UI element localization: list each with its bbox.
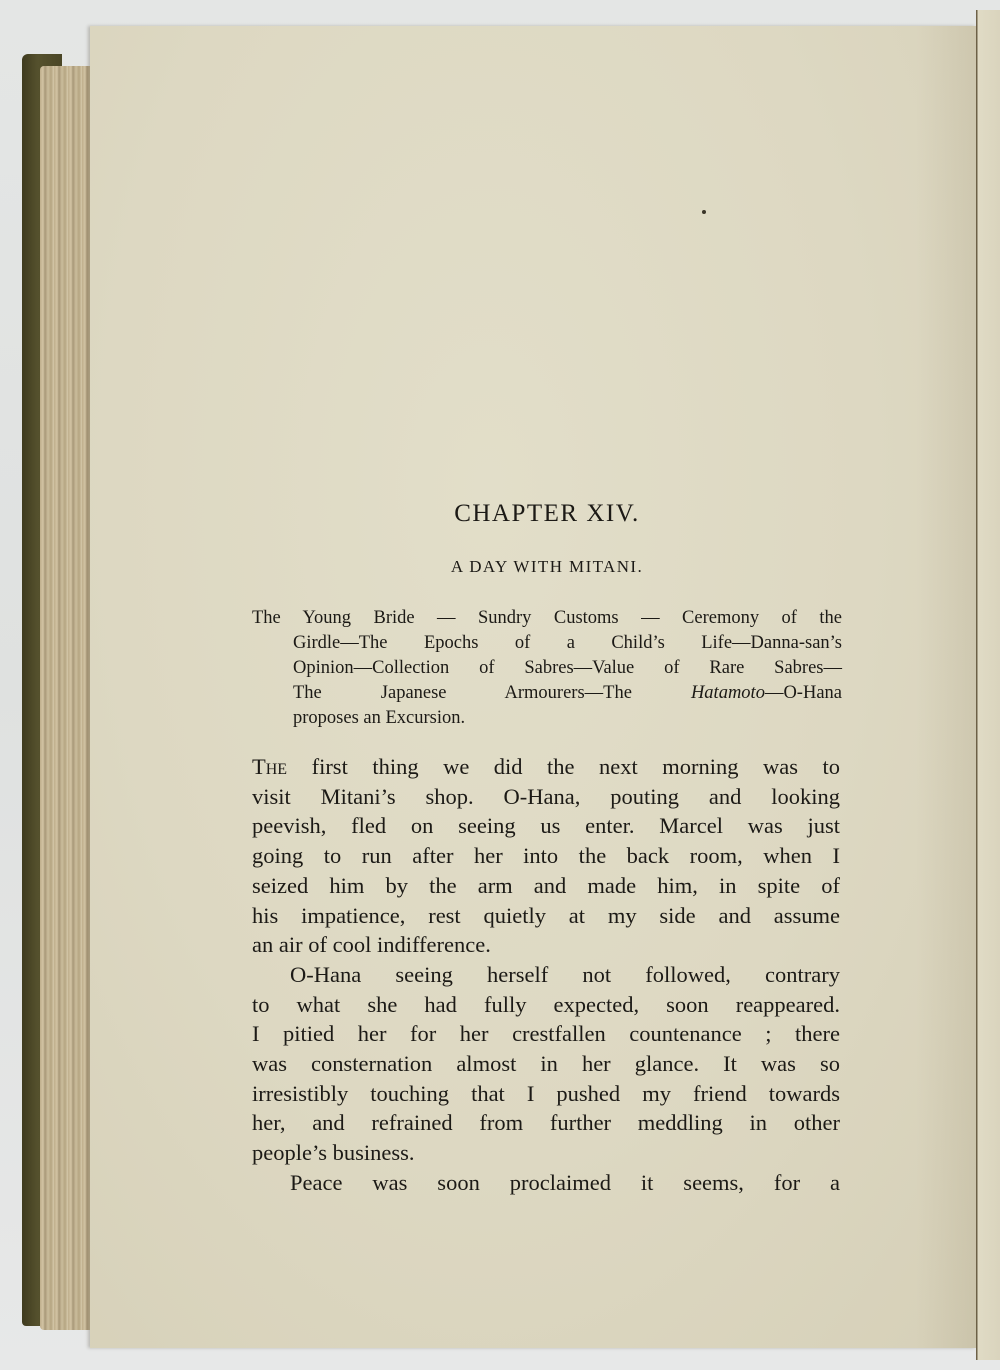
page-edges	[40, 66, 96, 1330]
chapter-subtitle: A DAY WITH MITANI.	[0, 557, 1000, 577]
summary-text: —O-Hana	[765, 683, 842, 703]
body-line: I pitied her for her crestfallen counten…	[252, 1019, 840, 1049]
body-line: visit Mitani’s shop. O-Hana, pouting and…	[252, 782, 840, 812]
body-line: The first thing we did the next morning …	[252, 752, 840, 782]
body-line: people’s business.	[252, 1138, 840, 1168]
body-line: her, and refrained from further meddling…	[252, 1108, 840, 1138]
body-line: going to run after her into the back roo…	[252, 841, 840, 871]
body-line: his impatience, rest quietly at my side …	[252, 901, 840, 931]
body-text: The first thing we did the next morning …	[252, 752, 840, 1198]
summary-line: The Young Bride — Sundry Customs — Cerem…	[252, 606, 842, 631]
gutter-shadow	[916, 26, 976, 1348]
italic-term: Hatamoto	[691, 683, 765, 703]
body-line: to what she had fully expected, soon rea…	[252, 990, 840, 1020]
facing-page	[976, 10, 1000, 1360]
body-line: peevish, fled on seeing us enter. Marcel…	[252, 811, 840, 841]
summary-line: proposes an Excursion.	[252, 706, 842, 731]
summary-line: Opinion—Collection of Sabres—Value of Ra…	[252, 656, 842, 681]
body-line: an air of cool indifference.	[252, 930, 840, 960]
chapter-summary: The Young Bride — Sundry Customs — Cerem…	[252, 606, 842, 731]
opening-word: The	[252, 754, 287, 779]
summary-line: Girdle—The Epochs of a Child’s Life—Dann…	[252, 631, 842, 656]
chapter-title: CHAPTER XIV.	[0, 500, 1000, 528]
summary-text: The Japanese Armourers—The	[293, 683, 691, 703]
paper-speck	[702, 210, 706, 214]
body-line: was consternation almost in her glance. …	[252, 1049, 840, 1079]
summary-line: The Japanese Armourers—The Hatamoto—O-Ha…	[252, 681, 842, 706]
body-line: seized him by the arm and made him, in s…	[252, 871, 840, 901]
body-line: irresistibly touching that I pushed my f…	[252, 1079, 840, 1109]
body-line: O-Hana seeing herself not followed, cont…	[252, 960, 840, 990]
body-text-span: first thing we did the next morning was …	[287, 754, 840, 779]
body-line: Peace was soon proclaimed it seems, for …	[252, 1168, 840, 1198]
